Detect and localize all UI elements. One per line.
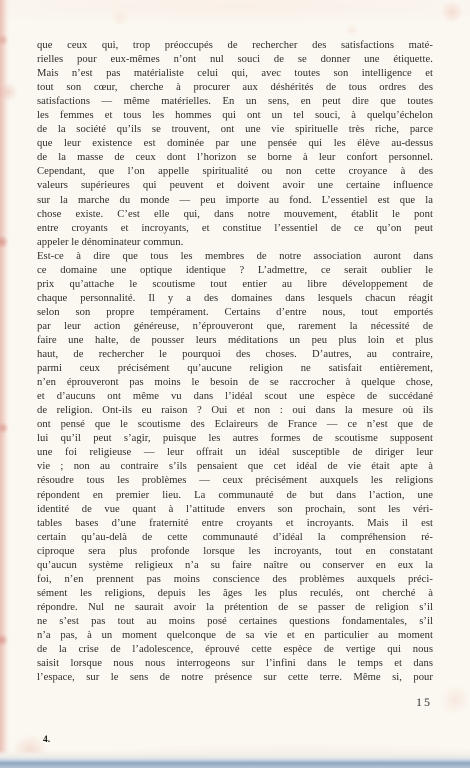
text-line: ont pensé que le scoutisme des Eclaireur… <box>37 418 433 432</box>
text-line: Est-ce à dire que tous les membres de no… <box>37 250 433 264</box>
text-line: tout son cœur, cherche à procurer aux dé… <box>37 81 433 95</box>
text-line: certain qu’au-delà de cette communauté d… <box>37 531 433 545</box>
text-line: faire une halte, de pousser leurs médita… <box>37 334 433 348</box>
text-line: sur la marche du monde — peu importe au … <box>37 194 433 208</box>
text-line: lui qu’il peut s’agir, puisque les autre… <box>37 432 433 446</box>
page-bottom-edge <box>0 750 470 768</box>
page-number: 15 <box>416 695 432 710</box>
text-line: ciproque sera plus profonde lorsque les … <box>37 545 433 559</box>
body-text: que ceux qui, trop préoccupés de recherc… <box>37 39 433 685</box>
text-line: par leur action généreuse, n’éprouveront… <box>37 320 433 334</box>
text-line: foi, n’en prennent pas moins conscience … <box>37 573 433 587</box>
text-line: parmi ceux précisément qu’aucune religio… <box>37 362 433 376</box>
text-line: chaque personnalité. Il y a des domaines… <box>37 292 433 306</box>
scanned-book-page: { "page": { "number": "15", "signature_m… <box>0 0 470 768</box>
text-line: rielles pour eux-mêmes n’ont nul souci d… <box>37 53 433 67</box>
text-line: selon son propre tempérament. Certains d… <box>37 306 433 320</box>
text-line: de la masse de ceux dont l’horizon se bo… <box>37 151 433 165</box>
text-line: les femmes et tous les hommes qui ont un… <box>37 109 433 123</box>
text-line: saisit lorsque nous nous interrogeons su… <box>37 657 433 671</box>
text-line: de la crise de l’adolescence, éprouvé ce… <box>37 643 433 657</box>
text-line: tables bases d’une fraternité entre croy… <box>37 517 433 531</box>
text-line: n’a pas, à un moment quelconque de sa vi… <box>37 629 433 643</box>
text-line: et d’aucuns ont même vu dans l’idéal sco… <box>37 390 433 404</box>
text-line: que leur existence est dominée par une p… <box>37 137 433 151</box>
text-line: ne s’est pas tout au moins posé certaine… <box>37 615 433 629</box>
text-line: identité de vue quant à l’attitude enver… <box>37 503 433 517</box>
text-line: haut, de rechercher le pourquoi des chos… <box>37 348 433 362</box>
text-line: l’espace, sur le sens de notre présence … <box>37 671 433 685</box>
text-line: appeler le dénominateur commun. <box>37 236 433 250</box>
text-line: valeurs supérieures qui peuvent et doive… <box>37 179 433 193</box>
text-line: chose existe. C’est elle qui, dans notre… <box>37 208 433 222</box>
text-line: prix qu’attache le scoutisme tout entier… <box>37 278 433 292</box>
text-line: résoudre tous les problèmes — ceux préci… <box>37 474 433 488</box>
text-line: ce domaine une optique identique ? L’adm… <box>37 264 433 278</box>
text-line: de religion. Ont-ils eu raison ? Oui et … <box>37 404 433 418</box>
text-line: qu’aucun système religieux n’a su faire … <box>37 559 433 573</box>
text-line: répondre. Nul ne saurait avoir la préten… <box>37 601 433 615</box>
text-line: une foi religieuse — leur offrait un idé… <box>37 446 433 460</box>
page-left-edge <box>0 0 10 768</box>
text-line: de la société qu’ils se trouvent, ont un… <box>37 123 433 137</box>
text-line: sément les religions, depuis les âges le… <box>37 587 433 601</box>
text-line: vie ; non au contraire s’ils pensaient q… <box>37 460 433 474</box>
text-line: n’en éprouveront pas moins le besoin de … <box>37 376 433 390</box>
text-line: répondent en premier lieu. La communauté… <box>37 489 433 503</box>
text-line: Mais n’est pas matérialiste celui qui, a… <box>37 67 433 81</box>
text-line: Cependant, que l’on appelle spiritualité… <box>37 165 433 179</box>
text-line: entre croyants et incroyants, et constit… <box>37 222 433 236</box>
text-line: que ceux qui, trop préoccupés de recherc… <box>37 39 433 53</box>
text-line: satisfactions — même matérielles. En un … <box>37 95 433 109</box>
signature-mark: 4. <box>43 735 50 745</box>
